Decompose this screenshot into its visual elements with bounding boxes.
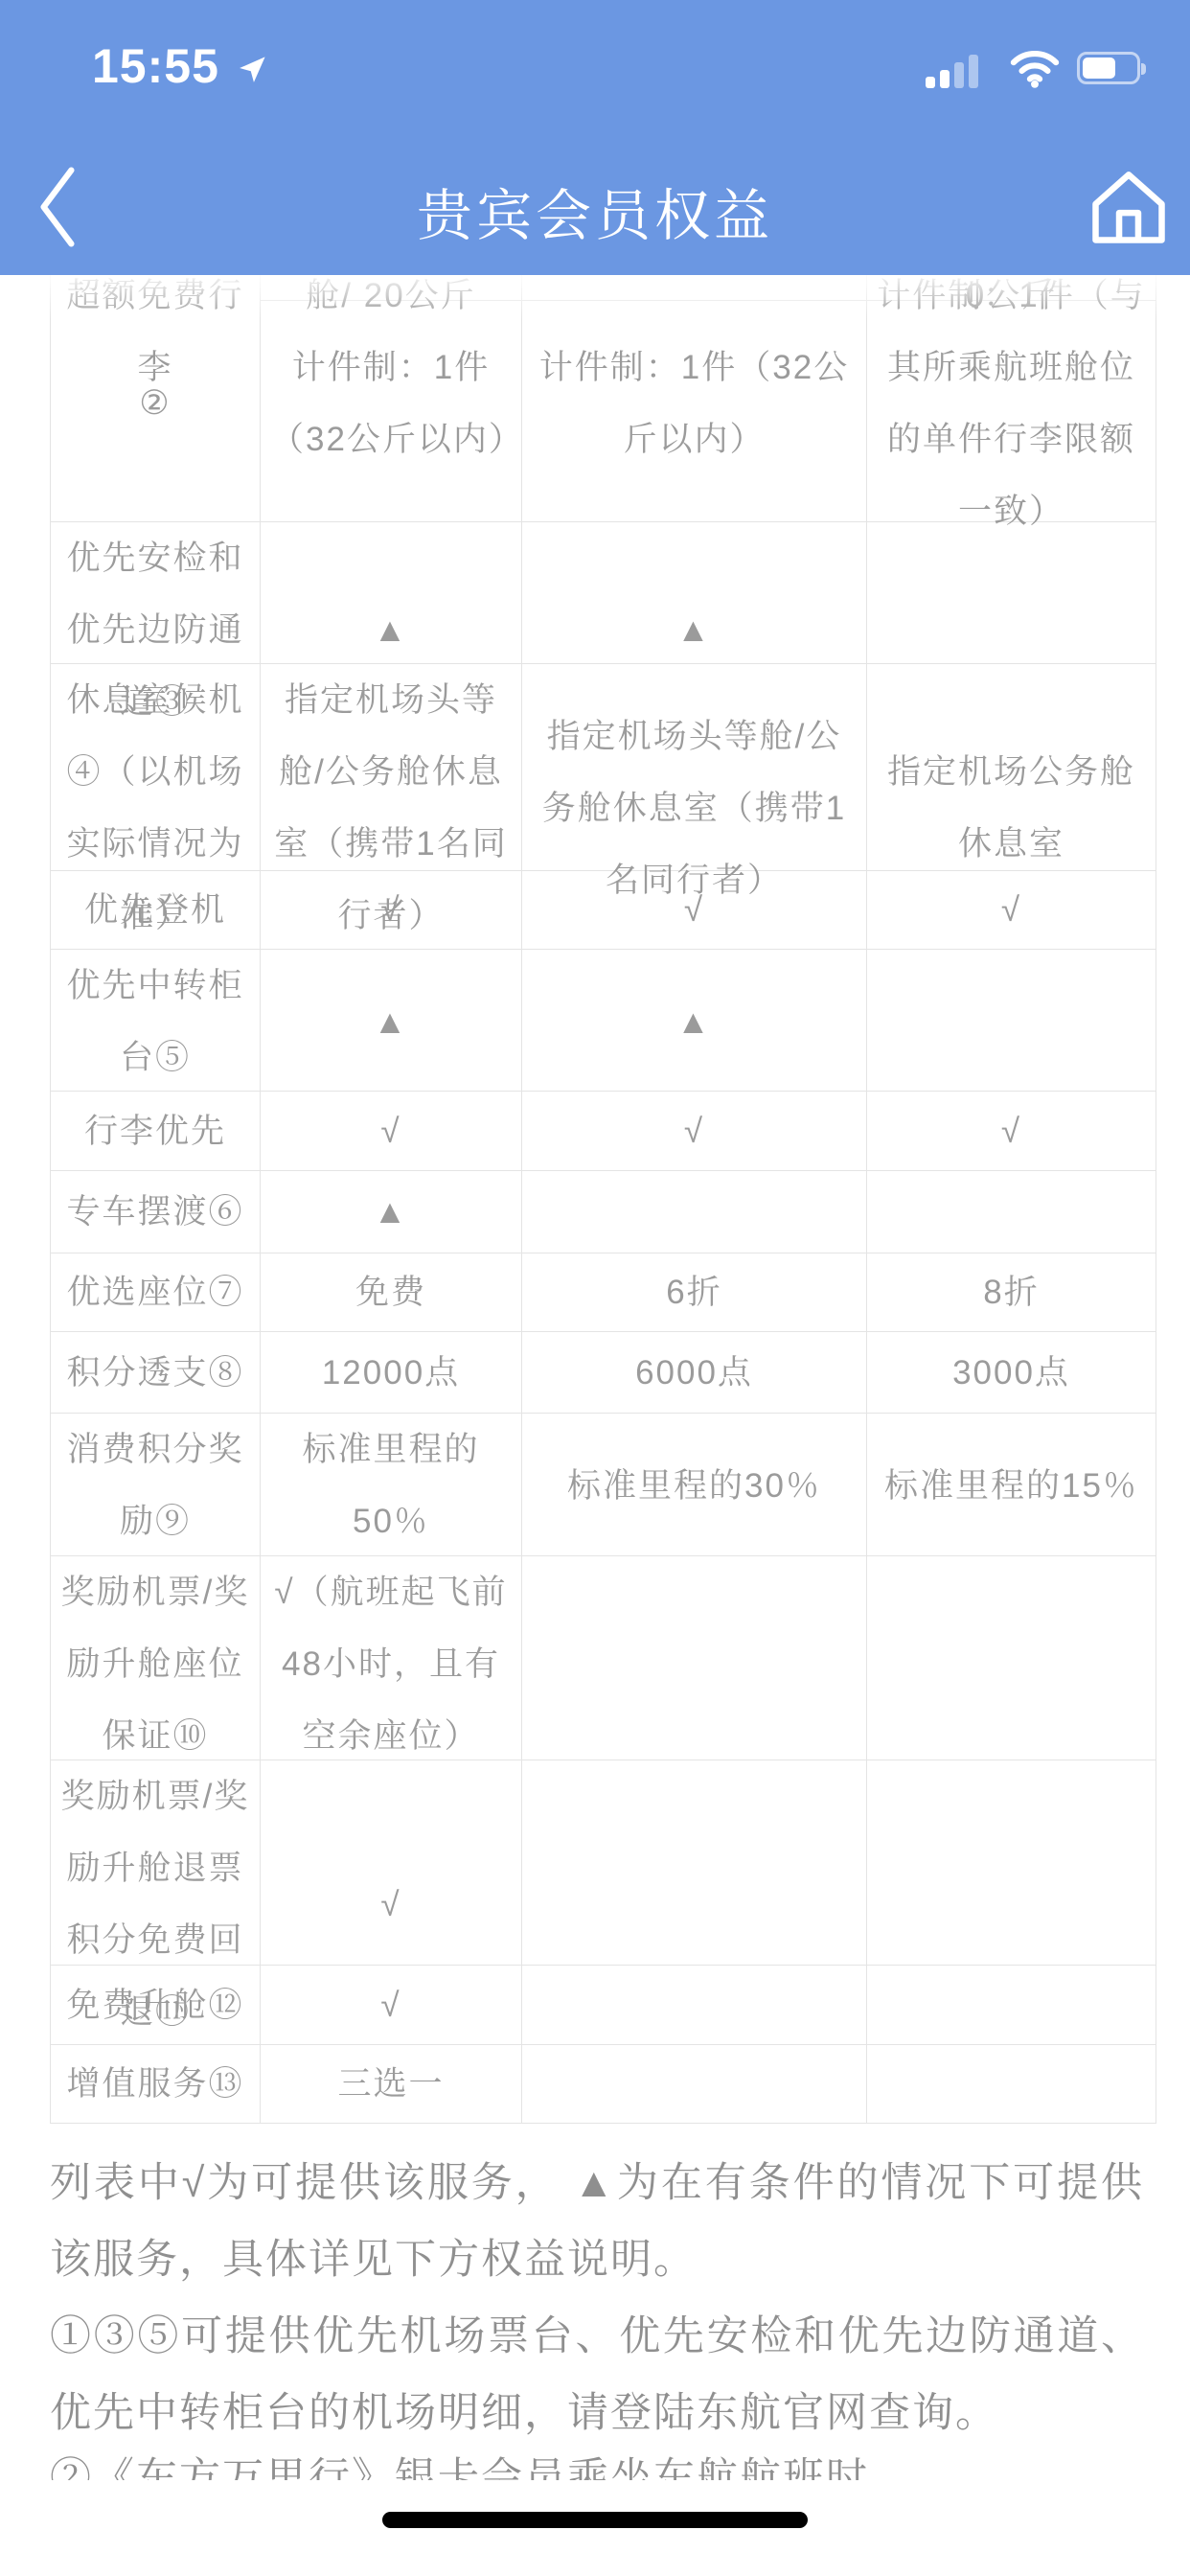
table-cell: 6000点 <box>522 1332 867 1413</box>
row-label: 免费升舱⑫ <box>51 1966 261 2044</box>
legend-note-2: ①③⑤可提供优先机场票台、优先安检和优先边防通道、优先中转柜台的机场明细，请登陆… <box>50 2298 1144 2451</box>
table-cell: 三选一 <box>261 2045 522 2123</box>
row-label: 消费积分奖励⑨ <box>51 1414 261 1557</box>
table-row: 奖励机票/奖励升舱退票积分免费回退⑪ √ <box>51 1760 1156 1966</box>
table-cell <box>522 1556 867 1772</box>
table-row: 优先登机 √ √ √ <box>51 871 1156 950</box>
table-cell: 12000点 <box>261 1332 522 1413</box>
content-area[interactable]: 超额免费行李 ② 舱/ 20公斤 计件制：1件（32公斤以内） 计件制：1件（3… <box>0 275 1190 2576</box>
header-bar: 15:55 贵宾会员权益 <box>0 0 1190 275</box>
row-label: 专车摆渡⑥ <box>51 1171 261 1253</box>
row-label: 优先登机 <box>51 871 261 949</box>
table-cell: 免费 <box>261 1253 522 1331</box>
table-row: 消费积分奖励⑨ 标准里程的50％ 标准里程的30％ 标准里程的15％ <box>51 1414 1156 1556</box>
table-cell: 标准里程的15％ <box>867 1414 1156 1557</box>
row-label: 优先中转柜台⑤ <box>51 950 261 1093</box>
table-row: 优先中转柜台⑤ ▲ ▲ <box>51 950 1156 1092</box>
table-cell: √ <box>867 871 1156 949</box>
location-arrow-icon <box>238 50 272 84</box>
table-cell <box>867 1556 1156 1772</box>
table-cell: √ <box>522 871 867 949</box>
table-cell <box>522 2045 867 2123</box>
table-cell <box>867 2045 1156 2123</box>
home-indicator[interactable] <box>382 2512 808 2528</box>
table-row: 增值服务⑬ 三选一 <box>51 2045 1156 2123</box>
table-cell: ▲ <box>261 1171 522 1253</box>
table-cell: √（航班起飞前48小时，且有空余座位） <box>261 1556 522 1772</box>
legend-note-1: 列表中√为可提供该服务， ▲为在有条件的情况下可提供该服务，具体详见下方权益说明… <box>50 2145 1144 2298</box>
row-label: 奖励机票/奖励升舱座位保证⑩ <box>51 1556 261 1772</box>
table-cell <box>867 1171 1156 1253</box>
table-cell: 舱/ 20公斤 计件制：1件（32公斤以内） <box>261 275 522 521</box>
table-cell: √ <box>261 1966 522 2044</box>
clipped-subcell <box>522 275 866 301</box>
table-cell: ▲ <box>522 950 867 1093</box>
legend-note-3-clipped: ②《东方万里行》银卡会员乘坐东航航班时 <box>50 2451 1144 2480</box>
row-label: 超额免费行李 ② <box>51 275 261 521</box>
table-row: 休息室候机④（以机场实际情况为准） 指定机场头等舱/公务舱休息室（携带1名同行者… <box>51 664 1156 871</box>
table-cell: 3000点 <box>867 1332 1156 1413</box>
legend-notes: 列表中√为可提供该服务， ▲为在有条件的情况下可提供该服务，具体详见下方权益说明… <box>50 2145 1144 2480</box>
table-row: 超额免费行李 ② 舱/ 20公斤 计件制：1件（32公斤以内） 计件制：1件（3… <box>51 275 1156 522</box>
row-label: 积分透支⑧ <box>51 1332 261 1413</box>
table-row: 积分透支⑧ 12000点 6000点 3000点 <box>51 1332 1156 1414</box>
table-row: 免费升舱⑫ √ <box>51 1966 1156 2045</box>
row-label: 行李优先 <box>51 1092 261 1170</box>
table-row: 优选座位⑦ 免费 6折 8折 <box>51 1253 1156 1332</box>
table-cell: √ <box>261 1092 522 1170</box>
page-title: 贵宾会员权益 <box>0 171 1190 251</box>
table-cell: 8折 <box>867 1253 1156 1331</box>
table-cell: √ <box>867 1092 1156 1170</box>
table-cell: √ <box>261 871 522 949</box>
benefits-table: 超额免费行李 ② 舱/ 20公斤 计件制：1件（32公斤以内） 计件制：1件（3… <box>50 275 1156 2124</box>
wifi-icon <box>1008 48 1062 88</box>
table-cell: 标准里程的50％ <box>261 1414 522 1557</box>
row-label: 增值服务⑬ <box>51 2045 261 2123</box>
table-cell <box>522 1966 867 2044</box>
table-cell <box>522 1171 867 1253</box>
table-row: 奖励机票/奖励升舱座位保证⑩ √（航班起飞前48小时，且有空余座位） <box>51 1556 1156 1760</box>
table-row: 行李优先 √ √ √ <box>51 1092 1156 1171</box>
status-time: 15:55 <box>92 38 219 94</box>
clipped-subcell: 舱/ 20公斤 <box>261 275 521 301</box>
table-cell: 6折 <box>522 1253 867 1331</box>
table-cell <box>867 1966 1156 2044</box>
signal-strength-icon <box>926 50 996 88</box>
table-cell: 计件制：1件（32公斤以内） <box>522 275 867 521</box>
battery-icon <box>1077 52 1140 84</box>
table-cell: 0公斤 计件制：1件（与其所乘航班舱位的单件行李限额一致） <box>867 275 1156 521</box>
row-label: 优选座位⑦ <box>51 1253 261 1331</box>
table-cell <box>867 950 1156 1093</box>
table-cell: ▲ <box>261 950 522 1093</box>
table-row: 专车摆渡⑥ ▲ <box>51 1171 1156 1253</box>
table-row: 优先安检和优先边防通道③ ▲ ▲ <box>51 522 1156 664</box>
home-button[interactable] <box>1085 161 1173 253</box>
table-cell: 标准里程的30％ <box>522 1414 867 1557</box>
table-cell: √ <box>522 1092 867 1170</box>
